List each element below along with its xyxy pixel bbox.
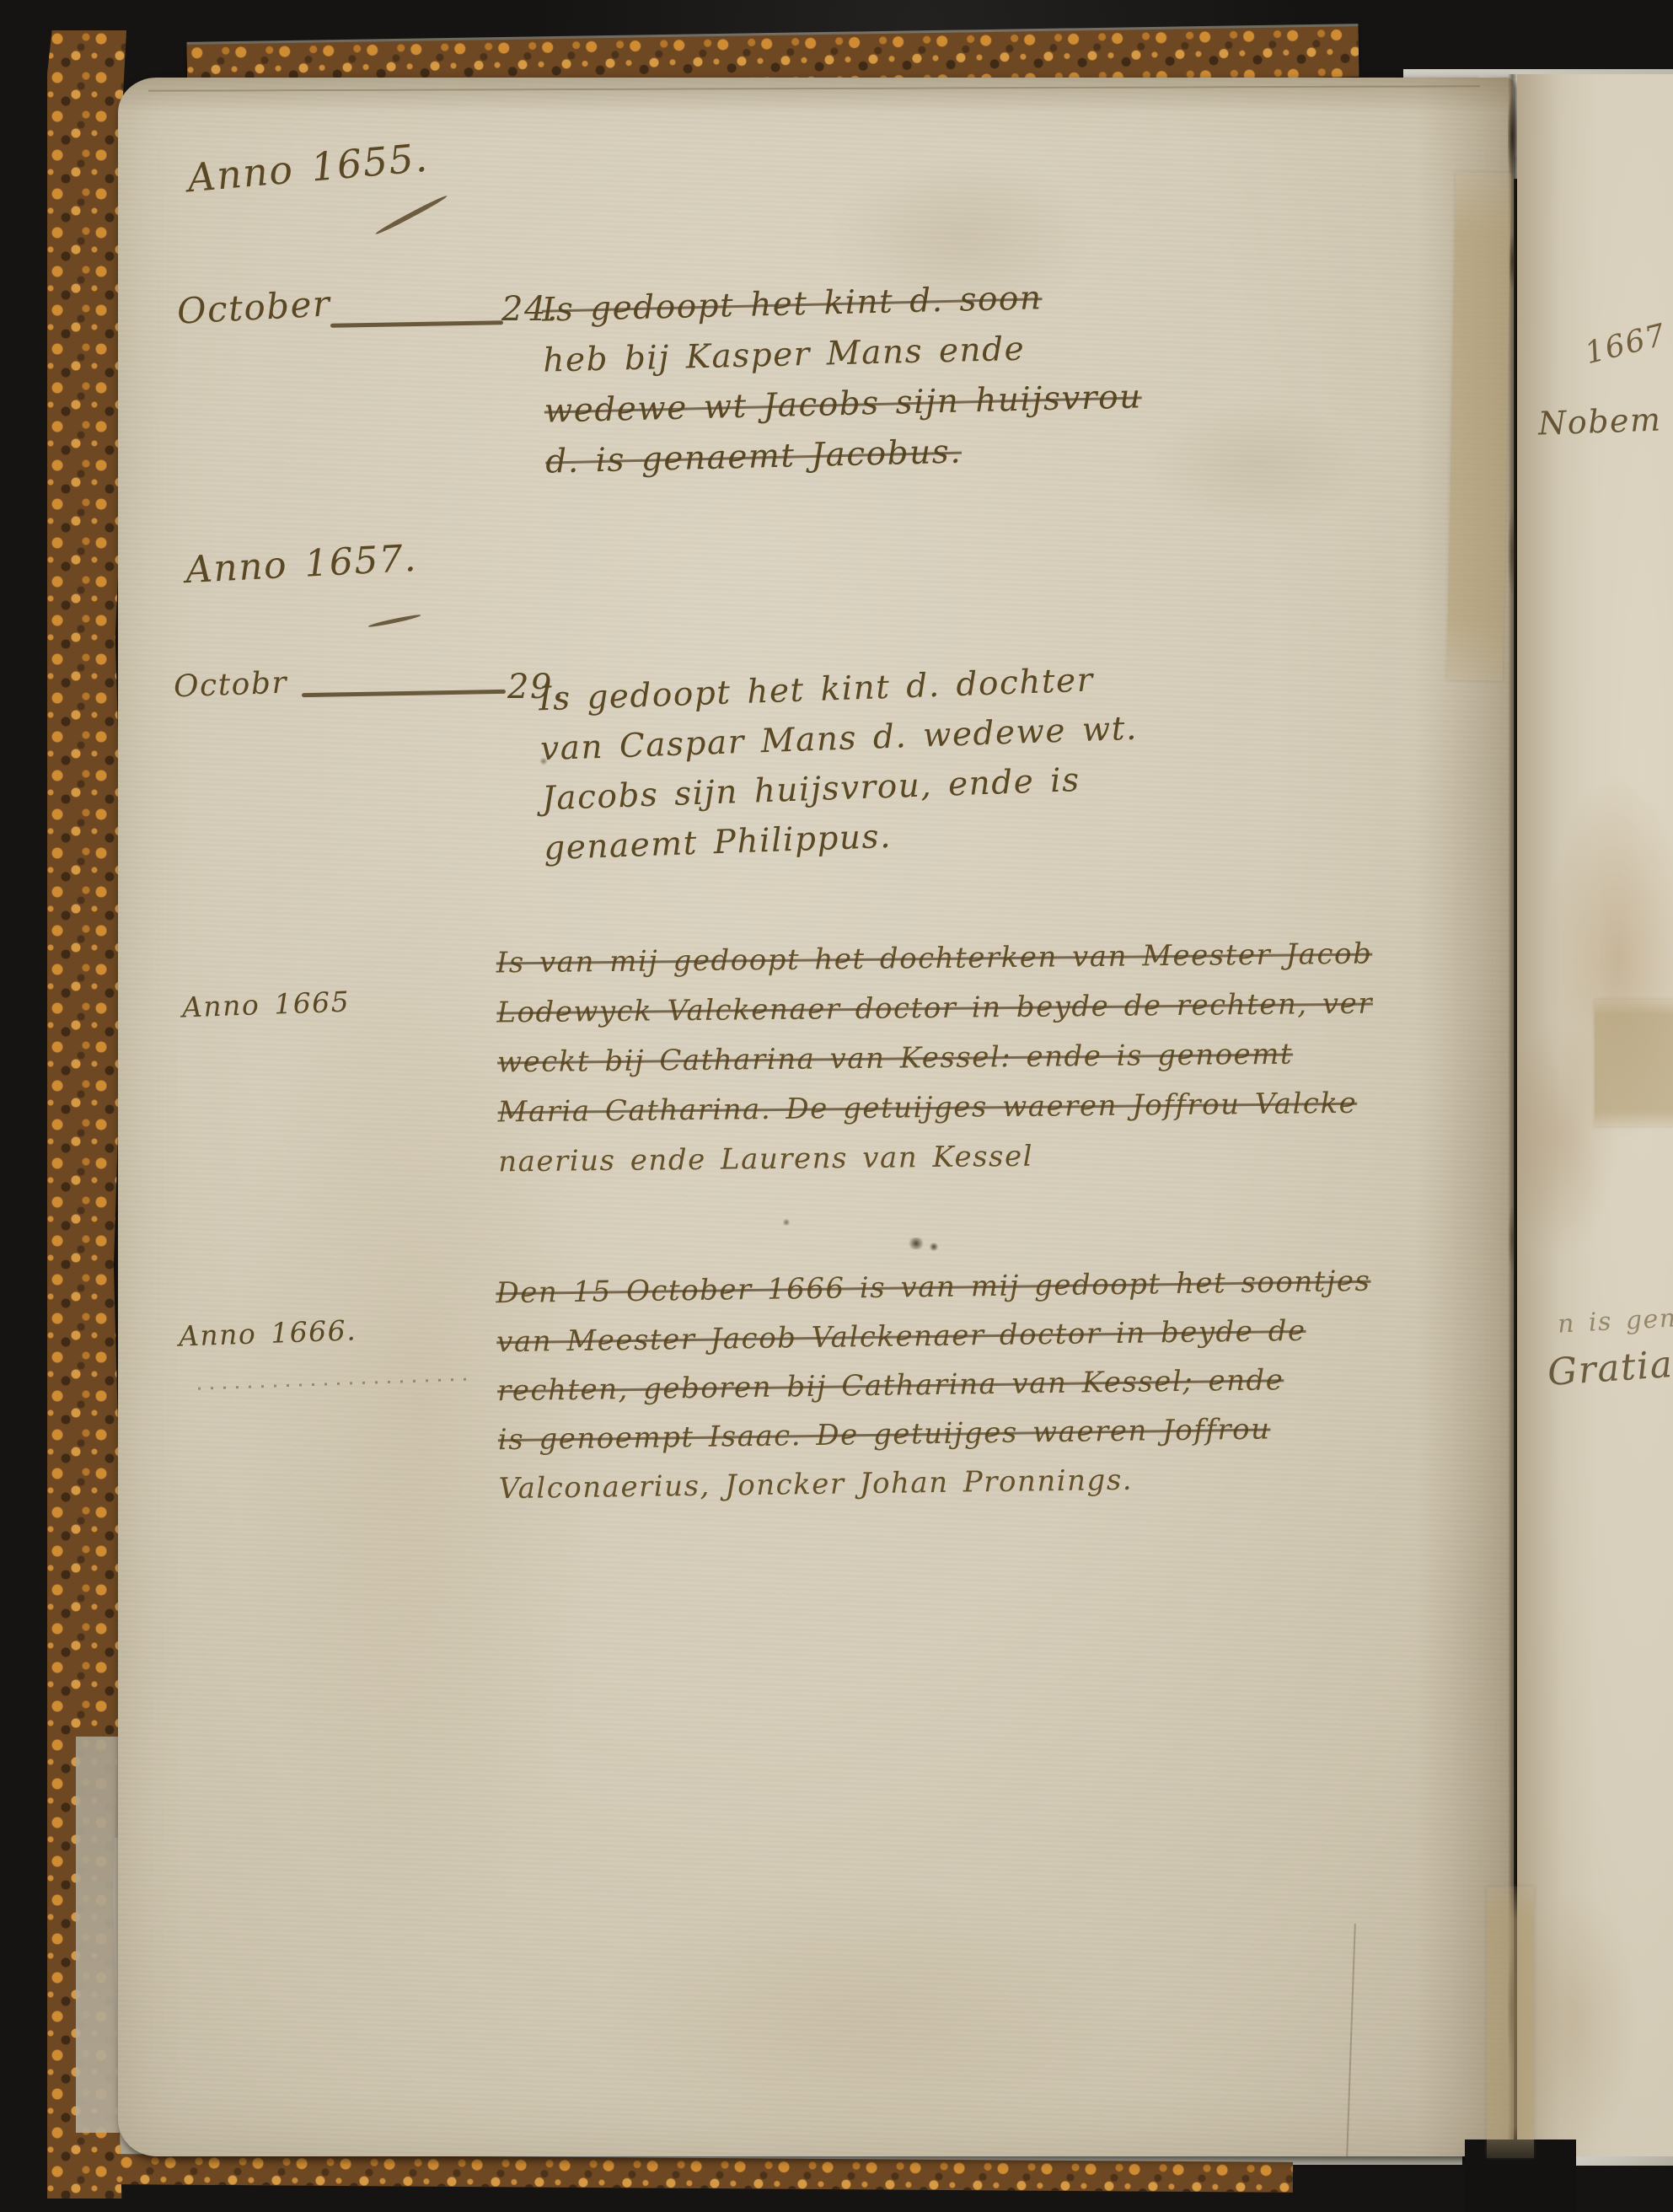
entry-1665-lines: Is van mij gedoopt het dochterken van Me… [496, 930, 1375, 1188]
ditto-dash-1657 [302, 690, 506, 697]
fragment-month-nobem: Nobem [1537, 400, 1662, 442]
year-label-1666: Anno 1666. [178, 1313, 357, 1352]
entry-line: Lodewyck Valckenaer doctor in beyde de r… [496, 980, 1373, 1039]
year-heading-1655: Anno 1655. [185, 135, 430, 201]
month-label-1655: October [176, 282, 332, 331]
fragment-line-b: Gratia [1546, 1343, 1673, 1394]
water-stain-bottom [590, 1882, 1129, 2156]
ink-blot [907, 1238, 925, 1249]
manuscript-left-page: Anno 1655. October 24. Is gedoopt het ki… [118, 78, 1514, 2156]
paper-crease-crack [1346, 1924, 1356, 2156]
ink-blot [929, 1243, 939, 1251]
entry-line: Is van mij gedoopt het dochterken van Me… [496, 930, 1372, 989]
showthrough-smudge-mid [1146, 398, 1365, 533]
ink-blot [782, 1219, 791, 1226]
year-label-1665: Anno 1665 [181, 985, 350, 1024]
underline-flourish-1655 [374, 194, 448, 236]
water-stain-right-3 [1517, 1887, 1639, 2156]
entry-line: naerius ende Laurens van Kessel [498, 1129, 1375, 1188]
month-label-1657: Octobr [173, 666, 287, 705]
year-heading-1657: Anno 1657. [185, 537, 418, 592]
entry-1657-lines: Is gedoopt het kint d. dochter van Caspa… [538, 654, 1142, 874]
tape-repair-right [1595, 1000, 1673, 1126]
fragment-year-1667: 1667 [1581, 318, 1670, 371]
fragment-line-a: n is gen [1557, 1303, 1673, 1339]
tape-repair-top [1447, 172, 1511, 680]
tape-repair-bottom [1487, 1887, 1534, 2158]
page-top-inner-edge-line [148, 85, 1480, 92]
entry-1655-lines: Is gedoopt het kint d. soon heb bij Kasp… [541, 271, 1144, 487]
scan-background: Anno 1655. October 24. Is gedoopt het ki… [0, 0, 1673, 2212]
entry-line: Maria Catharina. De getuijges waeren Jof… [497, 1079, 1374, 1138]
underline-flourish-1657 [367, 613, 421, 628]
entry-1666-lines: Den 15 October 1666 is van mij gedoopt h… [496, 1257, 1374, 1513]
entry-line: weckt bij Catharina van Kessel: ende is … [497, 1029, 1374, 1088]
right-page-fragment: 1667 Nobem n is gen Gratia [1517, 74, 1673, 2156]
ditto-dash-1655 [330, 320, 503, 328]
binding-gutter-seam [1508, 74, 1517, 2155]
